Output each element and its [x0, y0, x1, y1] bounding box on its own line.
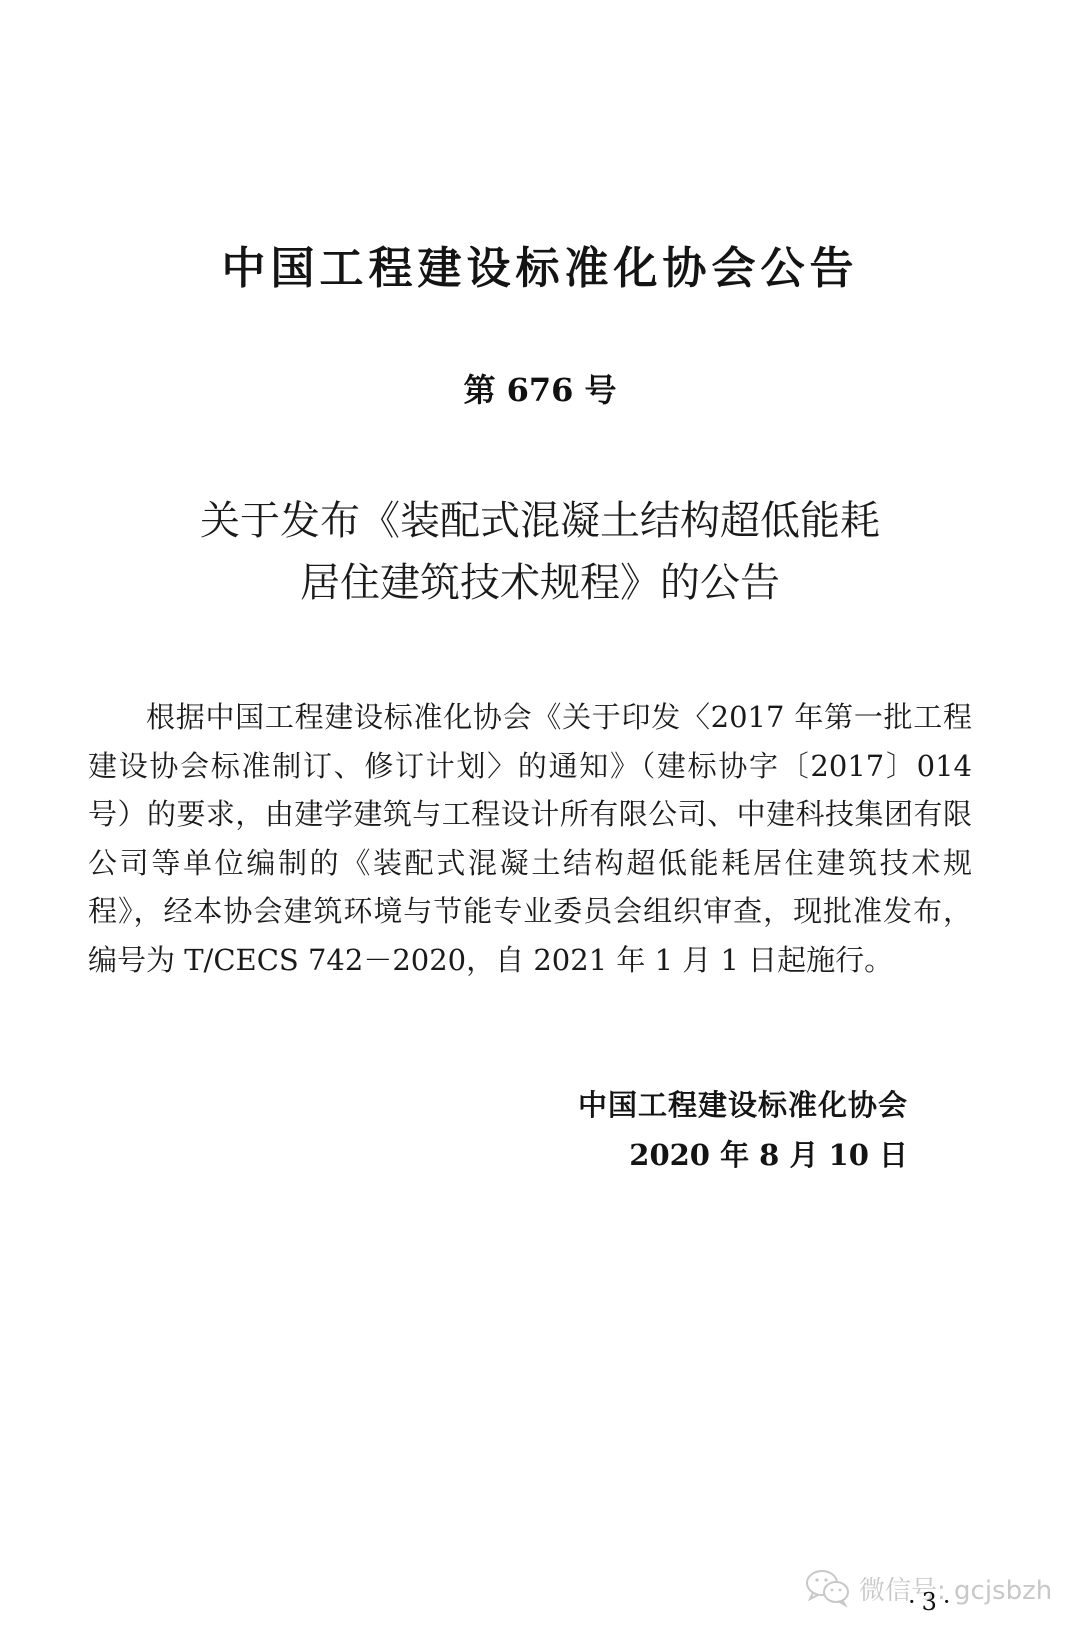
document-page: 中国工程建设标准化协会公告 第 676 号 关于发布《装配式混凝土结构超低能耗 … [0, 0, 1080, 1637]
organization-title: 中国工程建设标准化协会公告 [0, 232, 1080, 296]
notice-subject: 关于发布《装配式混凝土结构超低能耗 居住建筑技术规程》的公告 [0, 490, 1080, 614]
subject-line-2: 居住建筑技术规程》的公告 [0, 552, 1080, 614]
wechat-icon [805, 1568, 851, 1608]
notice-body: 根据中国工程建设标准化协会《关于印发〈2017 年第一批工程建设协会标准制订、修… [88, 693, 972, 984]
signature-date: 2020 年 8 月 10 日 [578, 1130, 908, 1180]
notice-number: 第 676 号 [0, 365, 1080, 411]
page-number: ·3· [908, 1588, 957, 1616]
subject-line-1: 关于发布《装配式混凝土结构超低能耗 [0, 490, 1080, 552]
signature-block: 中国工程建设标准化协会 2020 年 8 月 10 日 [578, 1080, 908, 1180]
signature-organization: 中国工程建设标准化协会 [578, 1080, 908, 1130]
